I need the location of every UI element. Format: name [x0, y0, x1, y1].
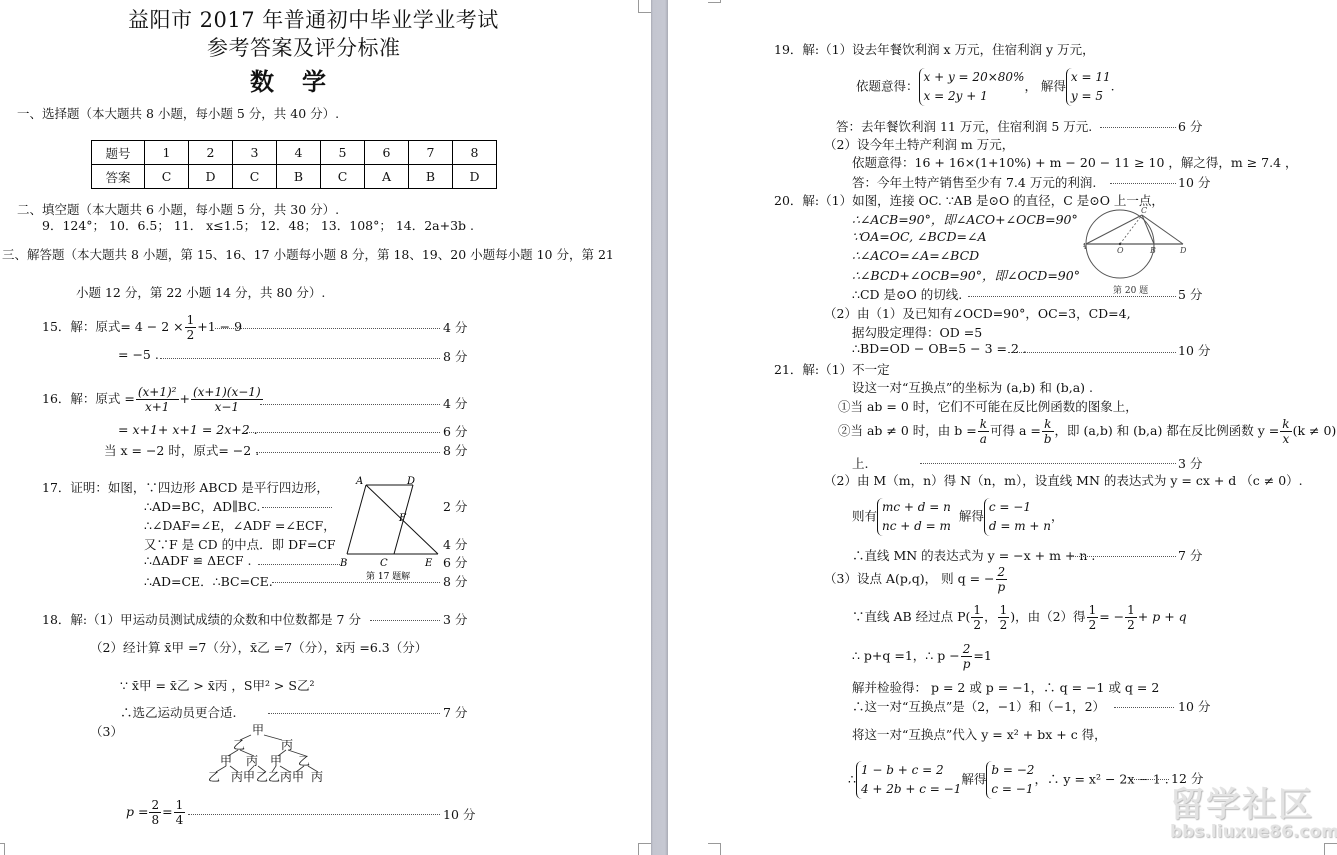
dotted-leader	[1131, 779, 1169, 780]
text-segment: ，	[984, 609, 997, 624]
section1-heading: 一、选择题（本大题共 8 小题，每小题 5 分，共 40 分）.	[17, 104, 339, 122]
text-segment: ②当 ab ≠ 0 时，由 b =	[838, 423, 977, 438]
q20-line8: 据勾股定理得：OD =5	[852, 323, 982, 341]
fraction: 12	[998, 603, 1010, 632]
dotted-leader	[215, 328, 440, 329]
tree-node: 丙	[281, 738, 293, 752]
fraction: 2p	[961, 642, 973, 671]
q21-line1: 21．解:（1）不一定	[774, 360, 890, 378]
tree-leaf: 甲	[243, 770, 255, 784]
subject-title: 数学	[250, 62, 354, 97]
solve-label: ， 解得	[1024, 79, 1065, 94]
q16-line1: 16．解：原式 =(x+1)²x+1+(x+1)(x−1)x−1	[42, 385, 264, 414]
text-segment: 可得 a =	[990, 423, 1041, 438]
tree-leaf: 甲	[292, 770, 304, 784]
watermark-url: bbs.liuxue86.com	[1170, 823, 1337, 841]
equation-system: b = −2c = −1	[986, 761, 1034, 799]
table-header-label: 题号	[92, 141, 145, 165]
equation-system: mc + d = nnc + d = m	[877, 498, 951, 536]
fraction: 12	[971, 603, 983, 632]
text-segment: 解得	[961, 772, 986, 787]
score-label: 10 分	[443, 805, 475, 823]
table-cell: 4	[277, 141, 321, 165]
section3-heading: 三、解答题（本大题共 8 小题，第 15、16、17 小题每小题 8 分，第 1…	[2, 245, 614, 263]
label-C: C	[380, 558, 388, 569]
label-A: A	[355, 476, 363, 487]
dotted-leader	[370, 620, 440, 621]
score-label: 10 分	[1178, 697, 1210, 715]
table-cell: 7	[409, 141, 453, 165]
dotted-leader	[1070, 556, 1176, 557]
score-label: 8 分	[443, 347, 467, 365]
score-label: 7 分	[1178, 546, 1202, 564]
fraction: 12	[185, 313, 197, 342]
score-label: 7 分	[443, 703, 467, 721]
table-cell: 2	[189, 141, 233, 165]
tree-node: 甲	[252, 723, 264, 737]
dotted-leader	[246, 432, 440, 433]
table-cell: 5	[321, 141, 365, 165]
q19-line2: 依题意得：x + y = 20×80%x = 2y + 1， 解得x = 11y…	[856, 68, 1115, 106]
q19-line1: 19．解:（1）设去年餐饮利润 x 万元，住宿利润 y 万元，	[774, 40, 1095, 58]
table-cell: A	[365, 165, 409, 189]
page-corner-mark	[1324, 843, 1337, 855]
q16-line2: = x+1+ x+1 = 2x+2 .	[118, 422, 258, 437]
period: .	[1111, 79, 1115, 94]
doc-subtitle: 参考答案及评分标准	[207, 32, 401, 62]
dotted-leader	[262, 507, 332, 508]
score-label: 10 分	[1178, 341, 1210, 359]
section2-answers: 9．124°； 10．6.5； 11． x≤1.5； 12．48； 13．108…	[42, 216, 474, 234]
q18-line2: （2）经计算 x̄甲 =7（分），x̄乙 =7（分），x̄丙 =6.3（分）	[90, 638, 427, 656]
q20-line2: ∴∠ACB=90°，即∠ACO+∠OCB=90°	[852, 210, 1078, 228]
text-segment: 解得	[959, 509, 984, 524]
text-segment: = −	[1099, 609, 1124, 624]
q15-line1: 15．解：原式= 4 − 2 ×12+1 − 9	[42, 313, 242, 342]
q20-line4: ∴∠ACO=∠A=∠BCD	[852, 248, 979, 263]
q21-line11: ∴ p+q =1，∴ p −2p=1	[852, 642, 992, 671]
score-label: 4 分	[443, 318, 467, 336]
q21-line3: ①当 ab = 0 时，它们不可能在反比例函数的图象上，	[838, 397, 1138, 415]
label-C: C	[1141, 206, 1147, 215]
fraction: kx	[1280, 417, 1291, 446]
score-label: 8 分	[443, 441, 467, 459]
q19-line6: 答：今年土特产销售至少有 7.4 万元的利润.	[852, 173, 1096, 191]
q21-line7: 则有mc + d = nnc + d = m 解得c = −1d = m + n…	[852, 498, 1064, 536]
equation-system: x = 11y = 5	[1066, 68, 1111, 106]
score-label: 6 分	[1178, 117, 1202, 135]
equation-system: c = −1d = m + n	[984, 498, 1051, 536]
tree-node: 丙	[246, 754, 258, 768]
prob-label: p =	[126, 804, 148, 819]
left-page: 益阳市 2017 年普通初中毕业学业考试 参考答案及评分标准 数学 一、选择题（…	[0, 0, 651, 855]
equals-sign: =	[162, 804, 172, 819]
fraction: 14	[174, 798, 186, 827]
right-page: 19．解:（1）设去年餐饮利润 x 万元，住宿利润 y 万元， 依题意得：x +…	[668, 0, 1337, 855]
q17-line6: ∴AD=CE．∴BC=CE.	[144, 572, 273, 590]
dotted-leader	[268, 713, 440, 714]
q17-line5: ∴ΔADF ≌ ΔECF .	[144, 553, 251, 568]
q18-line1: 18．解:（1）甲运动员测试成绩的众数和中位数都是 7 分	[42, 610, 361, 628]
equation-system: x + y = 20×80%x = 2y + 1	[919, 68, 1025, 106]
q21-line2: 设这一对“互换点”的坐标为 (a,b) 和 (b,a) .	[852, 378, 1093, 396]
dotted-leader	[920, 463, 1176, 464]
doc-title: 益阳市 2017 年普通初中毕业学业考试	[128, 4, 499, 34]
text-segment: =1	[973, 648, 991, 663]
score-label: 3 分	[443, 610, 467, 628]
tree-diagram: 甲 乙 丙 甲 丙 甲 乙 乙 丙 甲 乙 乙 丙 甲 丙	[200, 722, 335, 784]
score-label: 10 分	[1178, 173, 1210, 191]
score-label: 6 分	[443, 422, 467, 440]
text-segment: (k ≠ 0) 的图象	[1293, 423, 1337, 438]
watermark-text: 留学社区	[1170, 787, 1337, 823]
dotted-leader	[1110, 183, 1176, 184]
dotted-leader	[260, 404, 440, 405]
fraction: 12	[1087, 603, 1099, 632]
tree-node: 乙	[298, 754, 310, 768]
text-segment: ∵直线 AB 经过点 P(	[852, 609, 970, 624]
q21-line15: ∴1 − b + c = 24 + 2b + c = −1解得b = −2c =…	[848, 761, 1169, 799]
q18-part3-label: （3）	[90, 722, 123, 740]
fraction: kb	[1042, 417, 1054, 446]
q20-line6: ∴CD 是⊙O 的切线.	[852, 285, 962, 303]
label-A: A	[1083, 242, 1087, 251]
q16-prefix: 16．解：原式 =	[42, 391, 135, 406]
table-row: 题号 1 2 3 4 5 6 7 8	[92, 141, 497, 165]
q20-circle-figure: A O B D C 第 20 题	[1083, 203, 1193, 297]
score-label: 3 分	[1178, 454, 1202, 472]
q17-line1: 17．证明：如图，∵四边形 ABCD 是平行四边形，	[42, 478, 329, 496]
table-cell: 3	[233, 141, 277, 165]
fraction: 12	[1125, 603, 1137, 632]
q20-line5: ∴∠BCD+∠OCB=90°，即∠OCD=90°	[852, 266, 1080, 284]
fraction: (x+1)²x+1	[136, 385, 179, 414]
table-cell: B	[409, 165, 453, 189]
q21-line4: ②当 ab ≠ 0 时，由 b =ka可得 a =kb，即 (a,b) 和 (b…	[838, 417, 1337, 446]
q21-line9: （3）设点 A(p,q)， 则 q = −2p	[824, 565, 1008, 594]
text-segment: （3）设点 A(p,q)， 则 q = −	[824, 571, 995, 586]
q15-line2: = −5 .	[118, 347, 159, 362]
label-O: O	[1117, 246, 1124, 255]
text-segment: ∴ p+q =1，∴ p −	[852, 648, 960, 663]
q15-expr: 15．解：原式= 4 − 2 ×	[42, 319, 184, 334]
answer-table: 题号 1 2 3 4 5 6 7 8 答案 C D C B C A B D	[91, 140, 497, 189]
table-cell: 6	[365, 141, 409, 165]
q20-line3: ∵OA=OC, ∠BCD=∠A	[852, 229, 986, 244]
table-cell: 8	[453, 141, 497, 165]
watermark-logo: 留学社区 bbs.liuxue86.com	[1170, 787, 1337, 841]
table-cell: C	[233, 165, 277, 189]
q21-line14: 将这一对“互换点”代入 y = x² + bx + c 得，	[852, 725, 1107, 743]
fraction: ka	[978, 417, 989, 446]
table-row: 答案 C D C B C A B D	[92, 165, 497, 189]
q21-line6: （2）由 M（m，n）得 N（n，m），设直线 MN 的表达式为 y = cx …	[824, 471, 1303, 489]
q18-probability: p =28=14	[126, 798, 186, 827]
figure-caption: 第 20 题	[1113, 284, 1148, 296]
table-cell: D	[189, 165, 233, 189]
text-segment: ，	[1051, 509, 1064, 524]
page-corner-mark	[708, 843, 721, 855]
tree-leaf: 丙	[231, 770, 243, 784]
page-corner-mark	[708, 0, 721, 3]
label-D: D	[406, 476, 415, 487]
q15-expr-suffix: +1 − 9	[197, 319, 242, 334]
score-label: 4 分	[443, 394, 467, 412]
tree-node: 甲	[220, 754, 232, 768]
tree-leaf: 乙	[268, 770, 280, 784]
tree-node: 甲	[270, 754, 282, 768]
figure-caption: 第 17 题解	[366, 570, 410, 582]
tree-leaf: 乙	[208, 770, 220, 784]
dotted-leader	[160, 358, 440, 359]
page-corner-mark	[638, 0, 651, 13]
tree-leaf: 丙	[311, 770, 323, 784]
equation-system: 1 − b + c = 24 + 2b + c = −1	[856, 761, 961, 799]
dotted-leader	[188, 814, 440, 815]
q19-line4: （2）设今年土特产利润 m 万元，	[824, 135, 1014, 153]
table-cell: C	[145, 165, 189, 189]
q16-line3: 当 x = −2 时，原式= −2 .	[104, 441, 259, 459]
q19-prefix: 依题意得：	[856, 79, 919, 94]
dotted-leader	[258, 564, 340, 565]
q21-line8: ∴直线 MN 的表达式为 y = −x + m + n .	[852, 546, 1095, 564]
q20-line7: （2）由（1）及已知有∠OCD=90°，OC=3，CD=4,	[824, 304, 1131, 322]
tree-leaf: 乙	[256, 770, 268, 784]
q19-line3: 答：去年餐饮利润 11 万元，住宿利润 5 万元.	[836, 117, 1092, 135]
fraction: (x+1)(x−1)x−1	[191, 385, 263, 414]
fraction: 2p	[996, 565, 1008, 594]
page-corner-mark	[638, 843, 651, 855]
table-cell: D	[453, 165, 497, 189]
section3-heading-cont: 小题 12 分，第 22 小题 14 分，共 80 分）.	[76, 283, 325, 301]
table-cell: C	[321, 165, 365, 189]
plus-sign: +	[180, 391, 190, 406]
q17-line2: ∴AD=BC，AD∥BC.	[144, 497, 260, 515]
text-segment: )，由（2）得	[1010, 609, 1085, 624]
q17-parallelogram-figure: A D F B C E 第 17 题解	[338, 474, 448, 586]
table-cell: 1	[145, 141, 189, 165]
dotted-leader	[256, 452, 440, 453]
q18-line4: ∴选乙运动员更合适.	[120, 703, 236, 721]
fraction: 28	[149, 798, 161, 827]
q21-line12: 解并检验得： p = 2 或 p = −1，∴ q = −1 或 q = 2	[852, 678, 1159, 696]
q21-line10: ∵直线 AB 经过点 P(12，12)，由（2）得12= −12+ p + q	[852, 603, 1187, 632]
text-segment: + p + q	[1138, 609, 1187, 624]
text-segment: ，即 (a,b) 和 (b,a) 都在反比例函数 y =	[1055, 423, 1280, 438]
label-F: F	[398, 513, 407, 524]
text-segment: ∴	[848, 772, 856, 787]
tree-node: 乙	[233, 738, 245, 752]
q19-line5: 依题意得：16 + 16×(1+10%) + m − 20 − 11 ≥ 10 …	[852, 153, 1298, 171]
label-B: B	[339, 558, 347, 569]
label-D: D	[1179, 246, 1187, 255]
label-B: B	[1149, 246, 1156, 255]
text-segment: 则有	[852, 509, 877, 524]
page-divider	[651, 0, 668, 855]
q21-line5: 上.	[852, 454, 868, 472]
tree-leaf: 丙	[280, 770, 292, 784]
q21-line13: ∴这一对“互换点”是（2，−1）和（−1，2）	[852, 697, 1105, 715]
q20-line9: ∴BD=OD − OB=5 − 3 = 2 .	[852, 341, 1027, 356]
table-cell: B	[277, 165, 321, 189]
q17-line4: 又∵F 是 CD 的中点．即 DF=CF	[144, 535, 336, 553]
label-E: E	[424, 558, 433, 569]
q17-line3: ∴∠DAF=∠E，∠ADF =∠ECF，	[144, 516, 336, 534]
page-corner-mark	[0, 843, 5, 855]
dotted-leader	[1100, 127, 1176, 128]
table-answer-label: 答案	[92, 165, 145, 189]
dotted-leader	[1114, 707, 1174, 708]
dotted-leader	[1008, 352, 1176, 353]
q18-line3: ∵ x̄甲 = x̄乙 > x̄丙 ，S甲² > S乙²	[120, 676, 314, 694]
